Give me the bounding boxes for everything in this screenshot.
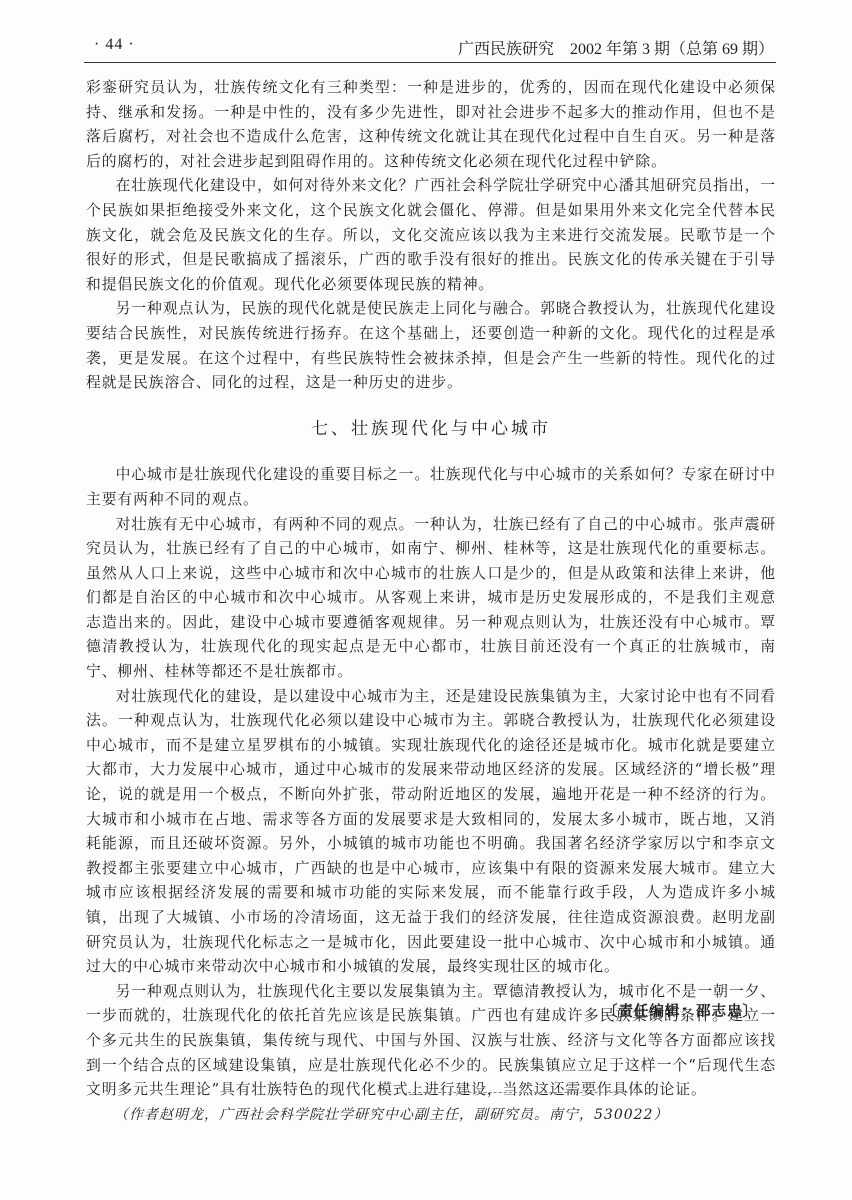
page-number: · 44 · bbox=[94, 36, 135, 54]
paragraph: 彩銮研究员认为，壮族传统文化有三种类型：一种是进步的，优秀的，因而在现代化建设中… bbox=[86, 76, 776, 174]
editor-note: 〔责任编辑：邵志忠〕 bbox=[603, 1000, 758, 1021]
article-body: 彩銮研究员认为，壮族传统文化有三种类型：一种是进步的，优秀的，因而在现代化建设中… bbox=[86, 76, 776, 1127]
paragraph: 对壮族有无中心城市，有两种不同的观点。一种认为，壮族已经有了自己的中心城市。张声… bbox=[86, 513, 776, 685]
paragraph: 另一种观点认为，民族的现代化就是使民族走上同化与融合。郭晓合教授认为，壮族现代化… bbox=[86, 297, 776, 395]
section-heading: 七、壮族现代化与中心城市 bbox=[86, 417, 776, 442]
journal-title: 广西民族研究 2002 年第 3 期（总第 69 期） bbox=[458, 36, 774, 59]
paragraph: 中心城市是壮族现代化建设的重要目标之一。壮族现代化与中心城市的关系如何？专家在研… bbox=[86, 463, 776, 512]
footer-divider bbox=[408, 1092, 653, 1093]
paragraph: 对壮族现代化的建设，是以建设中心城市为主，还是建设民族集镇为主，大家讨论中也有不… bbox=[86, 685, 776, 980]
author-note: （作者赵明龙，广西社会科学院壮学研究中心副主任，副研究员。南宁，530022） bbox=[86, 1103, 776, 1128]
paragraph: 另一种观点则认为，壮族现代化主要以发展集镇为主。覃德清教授认为，城市化不是一朝一… bbox=[86, 980, 776, 1103]
paragraph: 在壮族现代化建设中，如何对待外来文化？广西社会科学院壮学研究中心潘其旭研究员指出… bbox=[86, 174, 776, 297]
running-header: · 44 · 广西民族研究 2002 年第 3 期（总第 69 期） bbox=[84, 36, 776, 63]
